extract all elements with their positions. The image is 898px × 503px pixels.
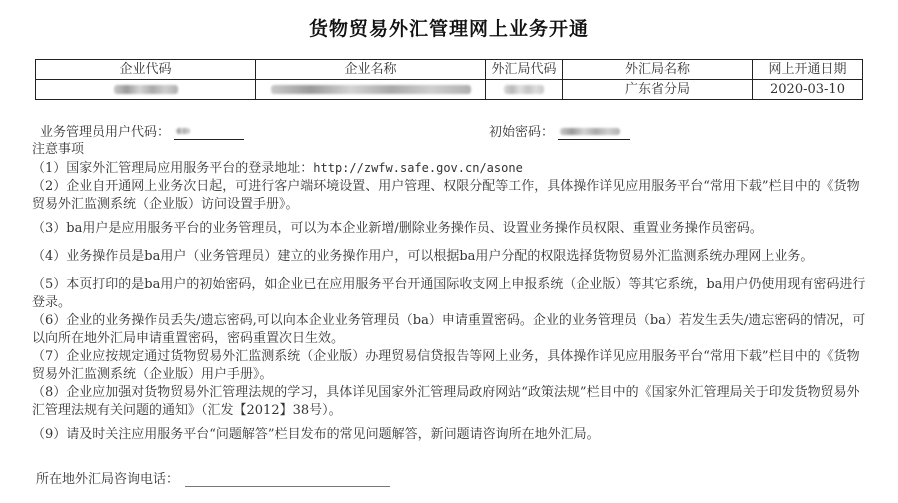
note-item-8: （8）企业应加强对货物贸易外汇管理法规的学习，具体详见国家外汇管理局政府网站“政… [32,384,872,420]
header-enterprise-code: 企业代码 [36,60,256,80]
note-1-text: （1）国家外汇管理局应用服务平台的登录地址： [32,161,313,176]
header-open-date: 网上开通日期 [753,60,863,80]
cell-open-date: 2020-03-10 [753,80,863,100]
header-enterprise-name: 企业名称 [256,60,486,80]
header-bureau-code: 外汇局代码 [486,60,563,80]
cell-bureau-name: 广东省分局 [563,80,753,100]
initial-password-field: 初始密码： [489,121,630,140]
notes-heading: 注意事项 [32,141,872,159]
note-item-6: （6）企业的业务操作员丢失/遗忘密码,可以向本企业业务管理员（ba）申请重置密码… [32,312,872,348]
note-item-9: （9）请及时关注应用服务平台“问题解答”栏目发布的常见问题解答，新问题请咨询所在… [32,426,872,444]
table-row: 广东省分局 2020-03-10 [36,80,863,100]
note-item-2: （2）企业自开通网上业务次日起，可进行客户端环境设置、用户管理、权限分配等工作，… [32,178,872,214]
bureau-phone-label: 所在地外汇局咨询电话： [36,472,179,487]
note-item-7: （7）企业应按规定通过货物贸易外汇监测系统（企业版）办理贸易信贷报告等网上业务，… [32,348,872,384]
bureau-phone-blank [185,474,390,487]
cell-bureau-code [486,80,563,100]
redacted-enterprise-name [271,85,471,94]
cell-enterprise-name [256,80,486,100]
notes-section: 注意事项 （1）国家外汇管理局应用服务平台的登录地址：http://zwfw.s… [32,141,872,444]
cell-enterprise-code [36,80,256,100]
bureau-phone-field: 所在地外汇局咨询电话： [36,468,390,487]
redacted-bureau-code [504,85,544,94]
note-item-4: （4）业务操作员是ba用户（业务管理员）建立的业务操作用户，可以根据ba用户分配… [32,248,872,266]
admin-user-code-field: 业务管理员用户代码： [40,121,244,140]
note-item-3: （3）ba用户是应用服务平台的业务管理员，可以为本企业新增/删除业务操作员、设置… [32,220,872,238]
enterprise-info-table: 企业代码 企业名称 外汇局代码 外汇局名称 网上开通日期 广东省分局 2020-… [35,59,863,100]
initial-password-value [558,125,630,140]
redacted-enterprise-code [114,85,178,94]
page-title: 货物贸易外汇管理网上业务开通 [0,14,898,41]
redacted-admin-code [176,128,190,134]
login-url-link[interactable]: http://zwfw.safe.gov.cn/asone [313,161,523,175]
initial-password-label: 初始密码： [489,125,554,140]
header-bureau-name: 外汇局名称 [563,60,753,80]
note-item-1: （1）国家外汇管理局应用服务平台的登录地址：http://zwfw.safe.g… [32,159,872,178]
admin-user-code-value [174,125,244,140]
note-item-5: （5）本页打印的是ba用户的初始密码，如企业已在应用服务平台开通国际收支网上申报… [32,276,872,312]
redacted-password [560,128,620,135]
table-header-row: 企业代码 企业名称 外汇局代码 外汇局名称 网上开通日期 [36,60,863,80]
admin-user-code-label: 业务管理员用户代码： [40,125,170,140]
